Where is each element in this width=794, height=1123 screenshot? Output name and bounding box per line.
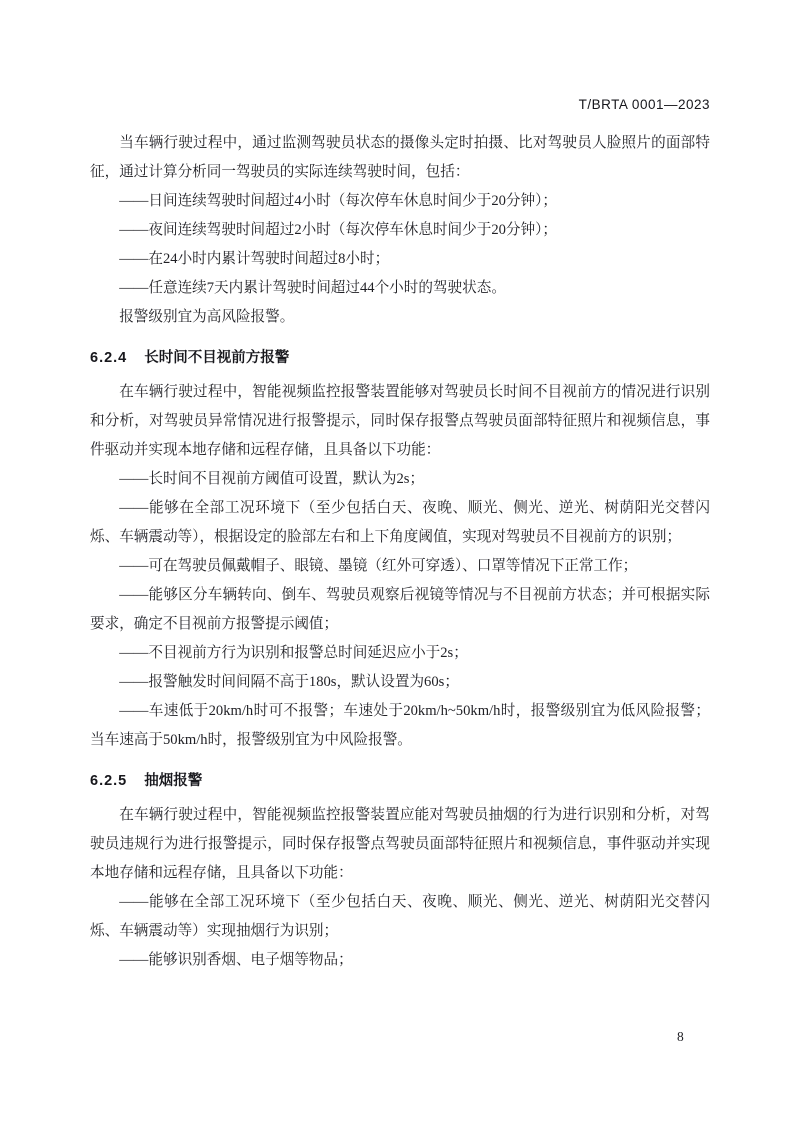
document-page: T/BRTA 0001—2023 当车辆行驶过程中，通过监测驾驶员状态的摄像头定… xyxy=(0,0,794,1123)
dash-list-item: ——不目视前方行为识别和报警总时间延迟应小于2s； xyxy=(90,639,710,668)
section-heading-title: 抽烟报警 xyxy=(144,773,202,789)
dash-list-item: ——车速低于20km/h时可不报警；车速处于20km/h~50km/h时，报警级… xyxy=(90,697,710,755)
page-number: 8 xyxy=(677,1029,684,1045)
dash-list-item: ——可在驾驶员佩戴帽子、眼镜、墨镜（红外可穿透）、口罩等情况下正常工作； xyxy=(90,552,710,581)
dash-list-item: ——在24小时内累计驾驶时间超过8小时； xyxy=(90,245,710,274)
section-heading-6-2-5: 6.2.5 抽烟报警 xyxy=(90,767,710,796)
dash-list-item: ——夜间连续驾驶时间超过2小时（每次停车休息时间少于20分钟）； xyxy=(90,216,710,245)
dash-list-item: ——能够在全部工况环境下（至少包括白天、夜晚、顺光、侧光、逆光、树荫阳光交替闪烁… xyxy=(90,888,710,946)
dash-list-item: ——能够识别香烟、电子烟等物品； xyxy=(90,946,710,975)
section-heading-6-2-4: 6.2.4 长时间不目视前方报警 xyxy=(90,344,710,373)
dash-list-item: ——报警触发时间间隔不高于180s，默认设置为60s； xyxy=(90,668,710,697)
document-body: 当车辆行驶过程中，通过监测驾驶员状态的摄像头定时拍摄、比对驾驶员人脸照片的面部特… xyxy=(90,129,710,975)
section-heading-number: 6.2.5 xyxy=(90,773,127,789)
dash-list-item: ——能够在全部工况环境下（至少包括白天、夜晚、顺光、侧光、逆光、树荫阳光交替闪烁… xyxy=(90,494,710,552)
body-paragraph: 当车辆行驶过程中，通过监测驾驶员状态的摄像头定时拍摄、比对驾驶员人脸照片的面部特… xyxy=(90,129,710,187)
section-heading-title: 长时间不目视前方报警 xyxy=(144,350,289,366)
dash-list-item: ——能够区分车辆转向、倒车、驾驶员观察后视镜等情况与不目视前方状态；并可根据实际… xyxy=(90,581,710,639)
dash-list-item: ——任意连续7天内累计驾驶时间超过44个小时的驾驶状态。 xyxy=(90,274,710,303)
page-header-standard-code: T/BRTA 0001—2023 xyxy=(579,97,710,112)
body-paragraph: 在车辆行驶过程中，智能视频监控报警装置应能对驾驶员抽烟的行为进行识别和分析，对驾… xyxy=(90,801,710,888)
body-paragraph: 报警级别宜为高风险报警。 xyxy=(90,303,710,332)
dash-list-item: ——长时间不目视前方阈值可设置，默认为2s； xyxy=(90,465,710,494)
body-paragraph: 在车辆行驶过程中，智能视频监控报警装置能够对驾驶员长时间不目视前方的情况进行识别… xyxy=(90,378,710,465)
section-heading-number: 6.2.4 xyxy=(90,350,127,366)
dash-list-item: ——日间连续驾驶时间超过4小时（每次停车休息时间少于20分钟）； xyxy=(90,187,710,216)
